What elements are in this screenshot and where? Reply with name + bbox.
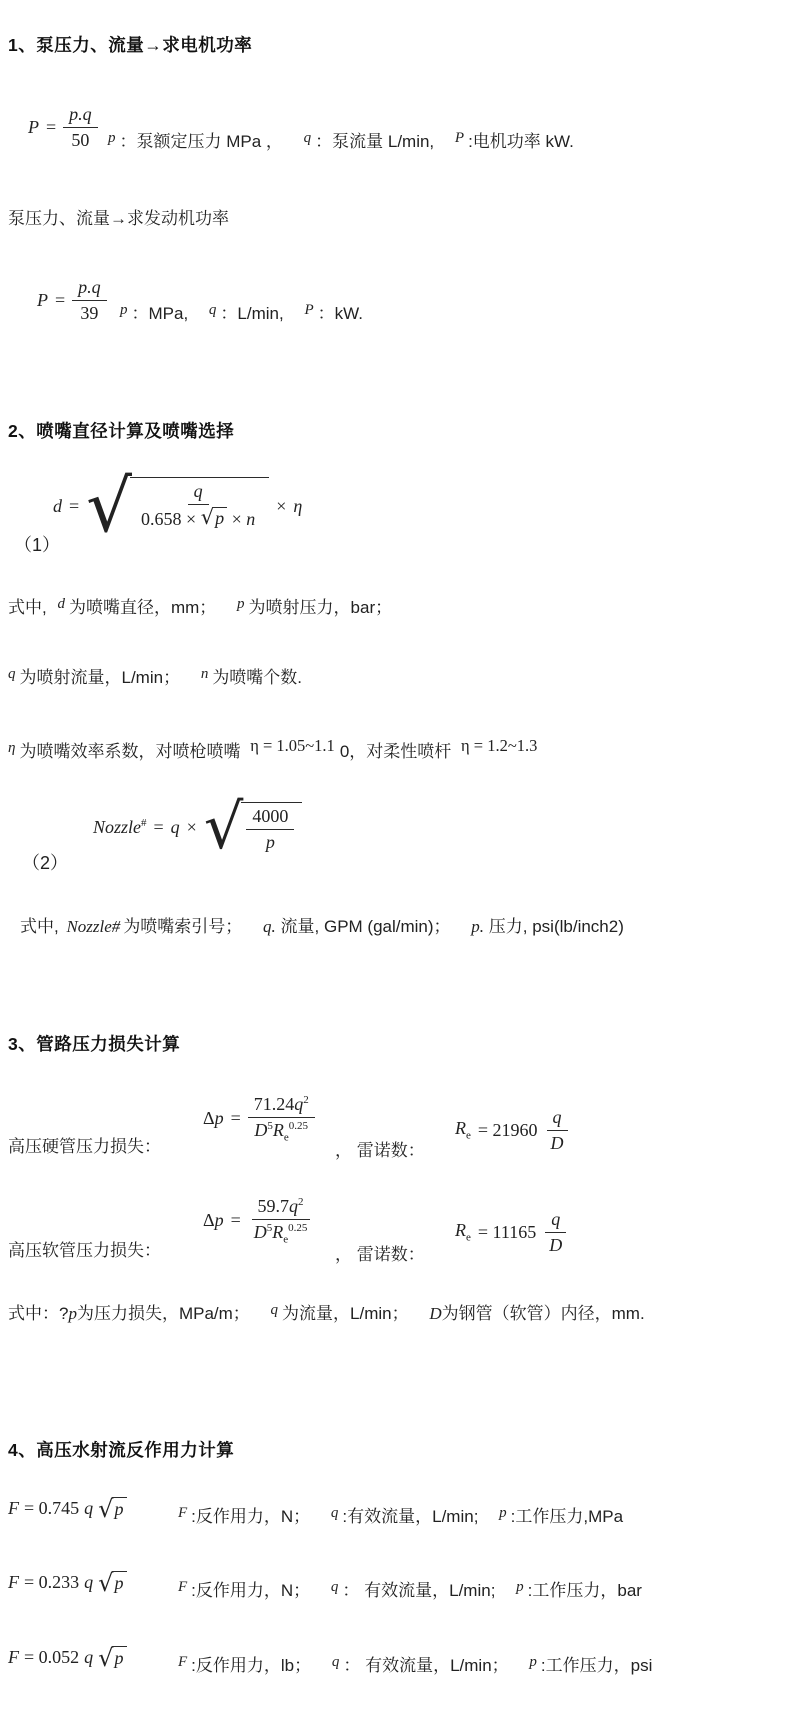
- pipe-loss-legend: 式中：?p为压力损失，MPa/m； q为流量，L/min； D为钢管（软管）内径…: [8, 1303, 645, 1326]
- var-p: p: [499, 1505, 507, 1521]
- var-D: D: [543, 1233, 568, 1256]
- var-q: q: [545, 1209, 566, 1233]
- fraction-under-root: q 0.658 × √p × n: [135, 481, 261, 529]
- var-F: F: [8, 1498, 19, 1519]
- legend-text: :反作用力，N；: [191, 1581, 310, 1600]
- var-D: D: [254, 1222, 267, 1242]
- var-P: P: [37, 290, 48, 311]
- var-D: D: [254, 1120, 267, 1140]
- nozzle-legend-line1: 式中, d为喷嘴直径，mm； p为喷射压力，bar；: [8, 597, 392, 620]
- formula-soft-pipe-loss: Δp = 59.7q2 D5Re0.25: [203, 1196, 313, 1246]
- legend-text: 式中：?: [8, 1304, 68, 1323]
- equals-value: = 11165: [478, 1222, 536, 1243]
- fraction-numerator: q: [188, 481, 209, 505]
- legend-text: 式中,: [8, 598, 47, 617]
- fraction-numerator: p.q: [72, 277, 107, 301]
- formula-nozzle-index: Nozzle# = q × √ 4000 p: [93, 802, 302, 853]
- formula-hard-reynolds: Re = 21960 q D: [455, 1107, 570, 1153]
- var-q: q: [209, 302, 217, 318]
- reynolds-symbol: Re: [455, 1220, 471, 1244]
- fraction-numerator: p.q: [63, 104, 98, 128]
- delta-p: Δp: [203, 1108, 224, 1129]
- legend-text: 为钢管（软管）内径，mm.: [442, 1304, 645, 1323]
- nozzle-efficiency-line: η为喷嘴效率系数，对喷枪喷嘴 η = 1.05~1.10，对柔性喷杆 η = 1…: [8, 741, 542, 764]
- section1-heading: 1、泵压力、流量→求电机功率: [8, 32, 252, 57]
- nozzle-legend-line2: q为喷射流量，L/min； n为喷嘴个数.: [8, 667, 302, 690]
- var-q: q: [84, 1572, 93, 1593]
- var-q: q: [331, 1579, 339, 1595]
- coefficient: 71.24: [254, 1094, 295, 1114]
- var-p: p: [516, 1579, 524, 1595]
- equals-sign: =: [154, 817, 164, 838]
- legend-text: ：泵流量 L/min,: [315, 132, 434, 151]
- legend-text: ：MPa,: [132, 304, 189, 323]
- times-sign: ×: [187, 817, 197, 838]
- var-n: n: [246, 508, 255, 528]
- delta: Δ: [203, 1210, 215, 1230]
- motor-power-legend: p：泵额定压力 MPa ， q：泵流量 L/min, P:电机功率 kW.: [108, 131, 574, 154]
- fraction-denominator: 39: [74, 301, 104, 324]
- radical-sign: √: [204, 802, 244, 853]
- legend-text: ： 有效流量，L/min;: [342, 1581, 495, 1600]
- formula-hard-pipe-loss: Δp = 71.24q2 D5Re0.25: [203, 1094, 315, 1144]
- var-p: p: [108, 130, 116, 146]
- fraction-numerator: 71.24q2: [248, 1094, 315, 1118]
- fraction-denominator: D5Re0.25: [248, 1118, 314, 1144]
- var-P: P: [28, 117, 39, 138]
- fraction-pq-50: p.q 50: [63, 104, 98, 150]
- delta: Δ: [203, 1108, 215, 1128]
- fraction-denominator: p: [260, 830, 281, 853]
- var-P: P: [455, 130, 464, 146]
- equals-coefficient: = 0.052: [24, 1647, 79, 1668]
- equals-sign: =: [231, 1108, 241, 1129]
- var-p: p.: [471, 917, 484, 936]
- eta-range-gun: η = 1.05~1.1: [250, 736, 335, 755]
- legend-text: 0，对柔性喷杆: [340, 742, 451, 761]
- engine-power-subheading: 泵压力、流量→求发动机功率: [8, 208, 229, 231]
- reynolds-label: ， 雷诺数：: [335, 1244, 425, 1267]
- fraction-pq-39: p.q 39: [72, 277, 107, 323]
- var-F: F: [178, 1579, 187, 1595]
- legend-text: :工作压力，psi: [541, 1656, 652, 1675]
- var-p: p: [215, 1210, 224, 1230]
- subscript-e: e: [284, 1131, 289, 1143]
- loss-fraction: 59.7q2 D5Re0.25: [248, 1196, 314, 1246]
- nozzle-index-legend: 式中, Nozzle#为喷嘴索引号； q. 流量, GPM (gal/min)；…: [20, 916, 624, 939]
- var-n: n: [201, 666, 209, 682]
- var-p: p: [112, 1571, 127, 1594]
- den-coefficient: 0.658 ×: [141, 508, 196, 528]
- var-p: p: [213, 507, 227, 529]
- var-P: P: [304, 302, 313, 318]
- var-p: p: [215, 1108, 224, 1128]
- engine-power-legend: p：MPa, q：L/min, P：kW.: [120, 303, 363, 326]
- var-d: d: [57, 596, 65, 612]
- var-q: q: [271, 1302, 279, 1318]
- fraction-denominator: 0.658 × √p × n: [135, 505, 261, 529]
- var-q: q: [84, 1647, 93, 1668]
- reaction-force-legend-3: F:反作用力，lb； q： 有效流量，L/min； p:工作压力，psi: [178, 1655, 652, 1678]
- legend-text: 流量, GPM (gal/min)；: [281, 917, 451, 936]
- legend-text: 为流量，L/min；: [282, 1304, 409, 1323]
- legend-text: ：L/min,: [220, 304, 283, 323]
- var-q: q: [331, 1505, 339, 1521]
- var-F: F: [8, 1572, 19, 1593]
- radical: √ 4000 p: [204, 802, 303, 853]
- legend-text: ：泵额定压力 MPa ，: [120, 132, 283, 151]
- legend-text: :有效流量，L/min;: [342, 1507, 478, 1526]
- var-D: D: [429, 1304, 441, 1323]
- formula-reaction-force-N-bar: F = 0.233 q √p: [8, 1571, 127, 1594]
- q-over-D: q D: [545, 1107, 570, 1153]
- radical: √ q 0.658 × √p × n: [86, 477, 269, 536]
- var-p: p: [68, 1304, 77, 1323]
- radical-sign: √: [98, 1646, 113, 1669]
- exponent-025: 0.25: [289, 1120, 308, 1132]
- radicand: 4000 p: [241, 802, 302, 853]
- var-p: p: [120, 302, 128, 318]
- exponent-025: 0.25: [288, 1222, 307, 1234]
- fraction-4000-p: 4000 p: [246, 806, 294, 852]
- legend-text: 为喷嘴直径，mm；: [69, 598, 216, 617]
- equals-value: = 21960: [478, 1120, 538, 1141]
- legend-text: :工作压力，bar: [528, 1581, 642, 1600]
- radical-sign: √: [98, 1571, 113, 1594]
- var-q: q: [84, 1498, 93, 1519]
- fraction-denominator: D5Re0.25: [248, 1220, 314, 1246]
- equals-sign: =: [69, 496, 79, 517]
- legend-text: 为喷射流量，L/min；: [20, 668, 181, 687]
- inner-radical: √p: [201, 507, 227, 529]
- radical-sign: √: [86, 477, 132, 536]
- radicand: q 0.658 × √p × n: [130, 477, 269, 536]
- var-R: R: [273, 1120, 284, 1140]
- hash-superscript: #: [141, 817, 147, 829]
- var-q: q: [294, 1094, 303, 1114]
- subscript-e: e: [466, 1232, 471, 1244]
- formula-engine-power: P = p.q 39: [37, 277, 107, 323]
- radical-sign: √: [98, 1497, 113, 1520]
- formula-motor-power: P = p.q 50: [28, 104, 98, 150]
- var-R: R: [455, 1220, 466, 1240]
- formula-reaction-force-lb-psi: F = 0.052 q √p: [8, 1646, 127, 1669]
- var-d: d: [53, 496, 62, 517]
- legend-text: :电机功率 kW.: [468, 132, 574, 151]
- times-sign: ×: [232, 508, 242, 528]
- equals-coefficient: = 0.233: [24, 1572, 79, 1593]
- fraction-denominator: 50: [65, 128, 95, 151]
- legend-text: ： 有效流量，L/min；: [343, 1656, 508, 1675]
- section3-heading: 3、管路压力损失计算: [8, 1031, 180, 1056]
- var-F: F: [8, 1647, 19, 1668]
- coefficient: 59.7: [258, 1196, 290, 1216]
- legend-text: :反作用力，N；: [191, 1507, 310, 1526]
- times-sign: ×: [276, 496, 286, 517]
- legend-text: ：kW.: [318, 304, 363, 323]
- section2-heading: 2、喷嘴直径计算及喷嘴选择: [8, 418, 234, 443]
- legend-text: 为喷嘴效率系数，对喷枪喷嘴: [19, 742, 240, 761]
- var-q: q.: [263, 917, 276, 936]
- exponent-2: 2: [303, 1094, 309, 1106]
- var-eta: η: [293, 496, 302, 517]
- var-D: D: [545, 1131, 570, 1154]
- reaction-force-legend-2: F:反作用力，N； q： 有效流量，L/min; p:工作压力，bar: [178, 1580, 642, 1603]
- radical: √p: [98, 1497, 127, 1520]
- equals-sign: =: [46, 117, 56, 138]
- hard-pipe-label: 高压硬管压力损失：: [8, 1136, 161, 1159]
- var-q: q: [8, 666, 16, 682]
- legend-text: 为喷射压力，bar；: [249, 598, 393, 617]
- reynolds-label: ， 雷诺数：: [335, 1140, 425, 1163]
- delta-p: Δp: [203, 1210, 224, 1231]
- reynolds-symbol: Re: [455, 1118, 471, 1142]
- exponent-2: 2: [298, 1196, 304, 1208]
- legend-text: 为压力损失，MPa/m；: [77, 1304, 250, 1323]
- eta-range-flex: η = 1.2~1.3: [461, 736, 537, 755]
- equals-coefficient: = 0.745: [24, 1498, 79, 1519]
- fraction-numerator: 4000: [246, 806, 294, 830]
- var-p: p: [237, 596, 245, 612]
- reaction-force-legend-1: F:反作用力，N； q:有效流量，L/min; p:工作压力,MPa: [178, 1506, 623, 1529]
- equals-sign: =: [231, 1210, 241, 1231]
- var-R: R: [272, 1222, 283, 1242]
- soft-pipe-label: 高压软管压力损失：: [8, 1240, 161, 1263]
- formula-soft-reynolds: Re = 11165 q D: [455, 1209, 568, 1255]
- legend-text: 为喷嘴个数.: [212, 668, 302, 687]
- var-p: p: [112, 1497, 127, 1520]
- formula-reaction-force-N-MPa: F = 0.745 q √p: [8, 1497, 127, 1520]
- section4-heading: 4、高压水射流反作用力计算: [8, 1437, 234, 1462]
- nozzle-term: Nozzle#: [93, 817, 147, 838]
- radical: √p: [98, 1571, 127, 1594]
- loss-fraction: 71.24q2 D5Re0.25: [248, 1094, 315, 1144]
- q-over-D: q D: [543, 1209, 568, 1255]
- var-q: q: [304, 130, 312, 146]
- legend-text: 为喷嘴索引号；: [123, 917, 242, 936]
- legend-text: 压力, psi(lb/inch2): [489, 917, 624, 936]
- legend-text: :反作用力，lb；: [191, 1656, 311, 1675]
- var-R: R: [455, 1118, 466, 1138]
- var-F: F: [178, 1505, 187, 1521]
- legend-text: :工作压力,MPa: [511, 1507, 623, 1526]
- radical: √p: [98, 1646, 127, 1669]
- var-q: q: [332, 1654, 340, 1670]
- var-q: q: [289, 1196, 298, 1216]
- var-q: q: [171, 817, 180, 838]
- formula-nozzle-diameter: d = √ q 0.658 × √p × n × η: [53, 477, 302, 536]
- var-nozzle-hash: Nozzle#: [66, 917, 120, 936]
- radical-sign: √: [201, 507, 214, 529]
- fraction-numerator: 59.7q2: [252, 1196, 310, 1220]
- equation-label-2: （2）: [22, 849, 68, 875]
- var-eta: η: [8, 740, 15, 756]
- equals-sign: =: [55, 290, 65, 311]
- var-p: p: [529, 1654, 537, 1670]
- legend-text: 式中,: [20, 917, 59, 936]
- equation-label-1: （1）: [14, 531, 60, 557]
- subscript-e: e: [283, 1233, 288, 1245]
- document-page: 1、泵压力、流量→求电机功率 P = p.q 50 p：泵额定压力 MPa ， …: [0, 0, 800, 1726]
- var-q: q: [547, 1107, 568, 1131]
- subscript-e: e: [466, 1130, 471, 1142]
- var-F: F: [178, 1654, 187, 1670]
- var-nozzle: Nozzle: [93, 817, 141, 837]
- var-p: p: [112, 1646, 127, 1669]
